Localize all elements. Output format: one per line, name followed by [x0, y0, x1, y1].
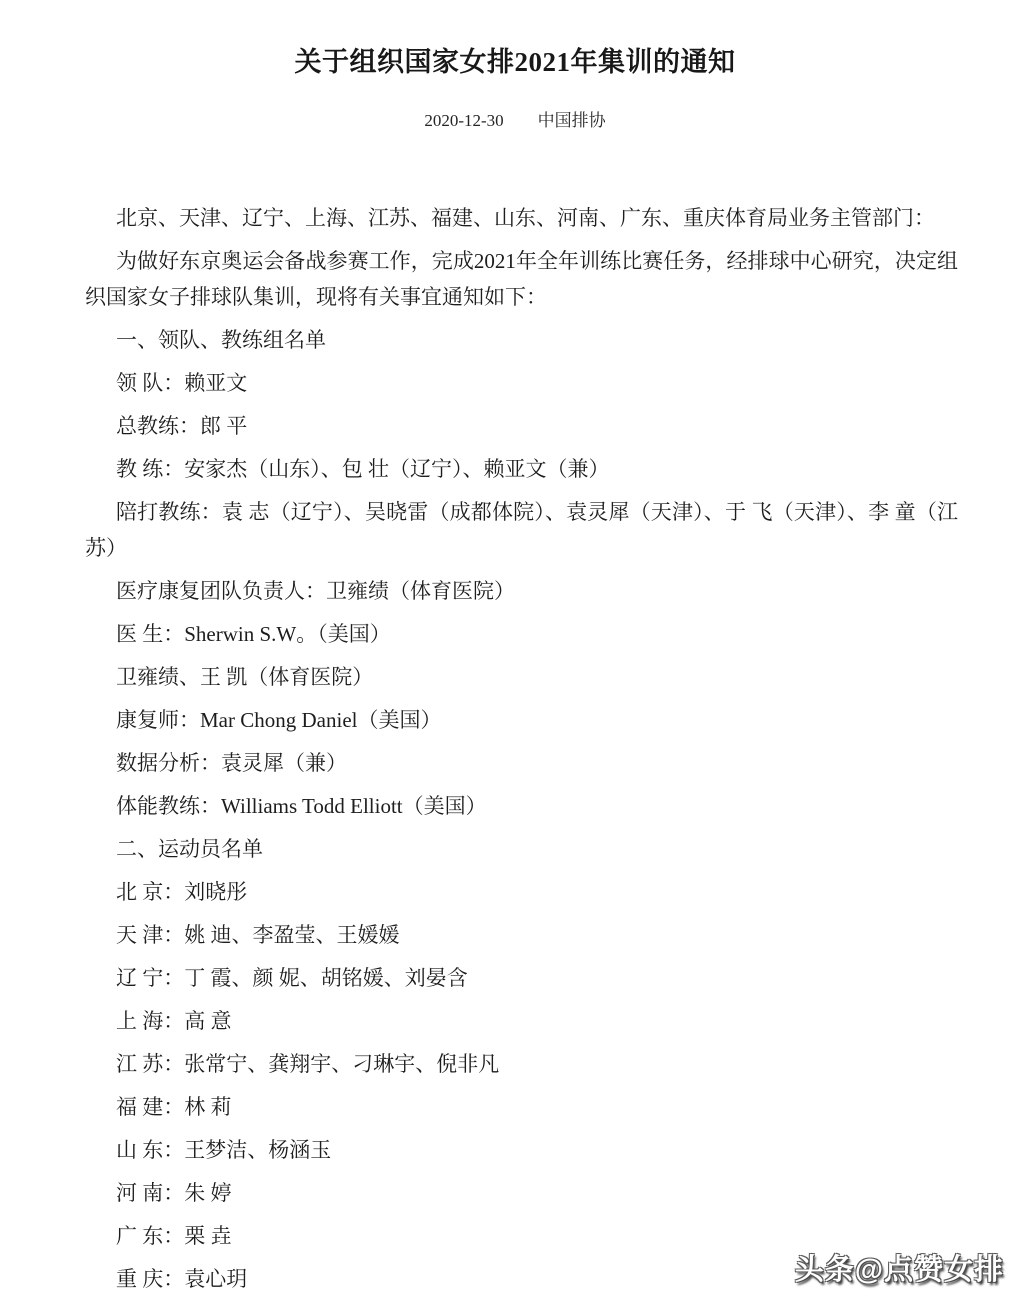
doc-paragraph: 医疗康复团队负责人：卫雍绩（体育医院） [85, 573, 958, 609]
doc-paragraph: 江 苏：张常宁、龚翔宇、刁琳宇、倪非凡 [85, 1046, 958, 1082]
doc-paragraph: 天 津：姚 迪、李盈莹、王媛媛 [85, 917, 958, 953]
doc-paragraph: 体能教练：Williams Todd Elliott（美国） [85, 788, 958, 824]
doc-paragraph: 医 生：Sherwin S.W。（美国） [85, 616, 958, 652]
doc-paragraph: 河 南：朱 婷 [85, 1175, 958, 1211]
dateline: 2020-12-30中国排协 [0, 110, 1030, 132]
doc-paragraph: 福 建：林 莉 [85, 1089, 958, 1125]
doc-paragraph: 总教练：郎 平 [85, 408, 958, 444]
doc-paragraph: 卫雍绩、王 凯（体育医院） [85, 659, 958, 695]
doc-paragraph: 数据分析：袁灵犀（兼） [85, 745, 958, 781]
doc-paragraph: 领 队：赖亚文 [85, 365, 958, 401]
doc-paragraph: 北京、天津、辽宁、上海、江苏、福建、山东、河南、广东、重庆体育局业务主管部门： [85, 200, 958, 236]
doc-paragraph: 北 京：刘晓彤 [85, 874, 958, 910]
doc-paragraph: 教 练：安家杰（山东）、包 壮（辽宁）、赖亚文（兼） [85, 451, 958, 487]
doc-paragraph: 上 海：高 意 [85, 1003, 958, 1039]
watermark: 头条@点赞女排 [795, 1247, 1004, 1288]
notice-document: 关于组织国家女排2021年集训的通知 2020-12-30中国排协 北京、天津、… [0, 0, 1030, 1304]
publish-date: 2020-12-30 [424, 111, 503, 130]
doc-body: 北京、天津、辽宁、上海、江苏、福建、山东、河南、广东、重庆体育局业务主管部门：为… [0, 200, 1030, 1297]
doc-paragraph: 一、领队、教练组名单 [85, 322, 958, 358]
doc-paragraph: 康复师：Mar Chong Daniel（美国） [85, 702, 958, 738]
doc-paragraph: 二、运动员名单 [85, 831, 958, 867]
doc-paragraph: 为做好东京奥运会备战参赛工作，完成2021年全年训练比赛任务，经排球中心研究，决… [85, 243, 958, 315]
doc-paragraph: 陪打教练：袁 志（辽宁）、吴晓雷（成都体院）、袁灵犀（天津）、于 飞（天津）、李… [85, 494, 958, 566]
issuing-agency: 中国排协 [538, 111, 606, 130]
doc-paragraph: 山 东：王梦洁、杨涵玉 [85, 1132, 958, 1168]
doc-paragraph: 辽 宁：丁 霞、颜 妮、胡铭媛、刘晏含 [85, 960, 958, 996]
page-title: 关于组织国家女排2021年集训的通知 [0, 45, 1030, 79]
